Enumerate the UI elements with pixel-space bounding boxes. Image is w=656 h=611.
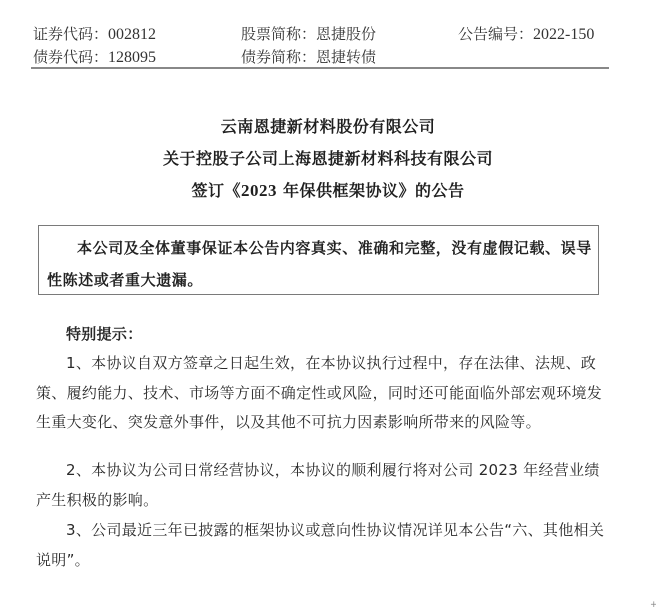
- securities-code-label: 证券代码：: [33, 25, 108, 43]
- announcement-number-label: 公告编号：: [458, 25, 533, 43]
- stock-short-name-value: 恩捷股份: [316, 25, 376, 43]
- special-notes-heading: 特别提示：: [66, 320, 644, 350]
- announcement-number-value: 2022-150: [533, 26, 594, 43]
- bond-short-name: 债券简称：恩捷转债: [241, 46, 376, 67]
- bond-code: 债券代码：128095: [33, 46, 156, 67]
- title-agreement-suffix: 年保供框架协议》的公告: [277, 181, 465, 200]
- board-guarantee-notice-box: 本公司及全体董事保证本公告内容真实、准确和完整，没有虚假记载、误导性陈述或者重大…: [38, 225, 599, 295]
- securities-code-value: 002812: [108, 26, 156, 43]
- header-separator: [31, 67, 609, 69]
- title-agreement: 签订《2023 年保供框架协议》的公告: [0, 178, 656, 201]
- paragraph-mark-icon: +: [650, 600, 656, 610]
- title-company-name: 云南恩捷新材料股份有限公司: [0, 114, 656, 137]
- stock-short-name-label: 股票简称：: [241, 25, 316, 43]
- bond-code-label: 债券代码：: [33, 48, 108, 66]
- title-agreement-year: 2023: [241, 181, 277, 200]
- bond-short-name-value: 恩捷转债: [316, 48, 376, 66]
- special-note-item-1: 1、本协议自双方签章之日起生效，在本协议执行过程中，存在法律、法规、政策、履约能…: [36, 349, 614, 438]
- board-guarantee-notice-text: 本公司及全体董事保证本公告内容真实、准确和完整，没有虚假记载、误导性陈述或者重大…: [47, 232, 592, 296]
- announcement-number: 公告编号：2022-150: [458, 23, 594, 44]
- bond-short-name-label: 债券简称：: [241, 48, 316, 66]
- title-agreement-prefix: 签订《: [191, 181, 241, 200]
- special-note-item-3: 3、公司最近三年已披露的框架协议或意向性协议情况详见本公告“六、其他相关说明”。: [36, 516, 614, 575]
- stock-short-name: 股票简称：恩捷股份: [241, 23, 376, 44]
- title-subject: 关于控股子公司上海恩捷新材料科技有限公司: [0, 146, 656, 169]
- bond-code-value: 128095: [108, 49, 156, 66]
- special-note-item-2: 2、本协议为公司日常经营协议，本协议的顺利履行将对公司 2023 年经营业绩产生…: [36, 456, 614, 515]
- securities-code: 证券代码：002812: [33, 23, 156, 44]
